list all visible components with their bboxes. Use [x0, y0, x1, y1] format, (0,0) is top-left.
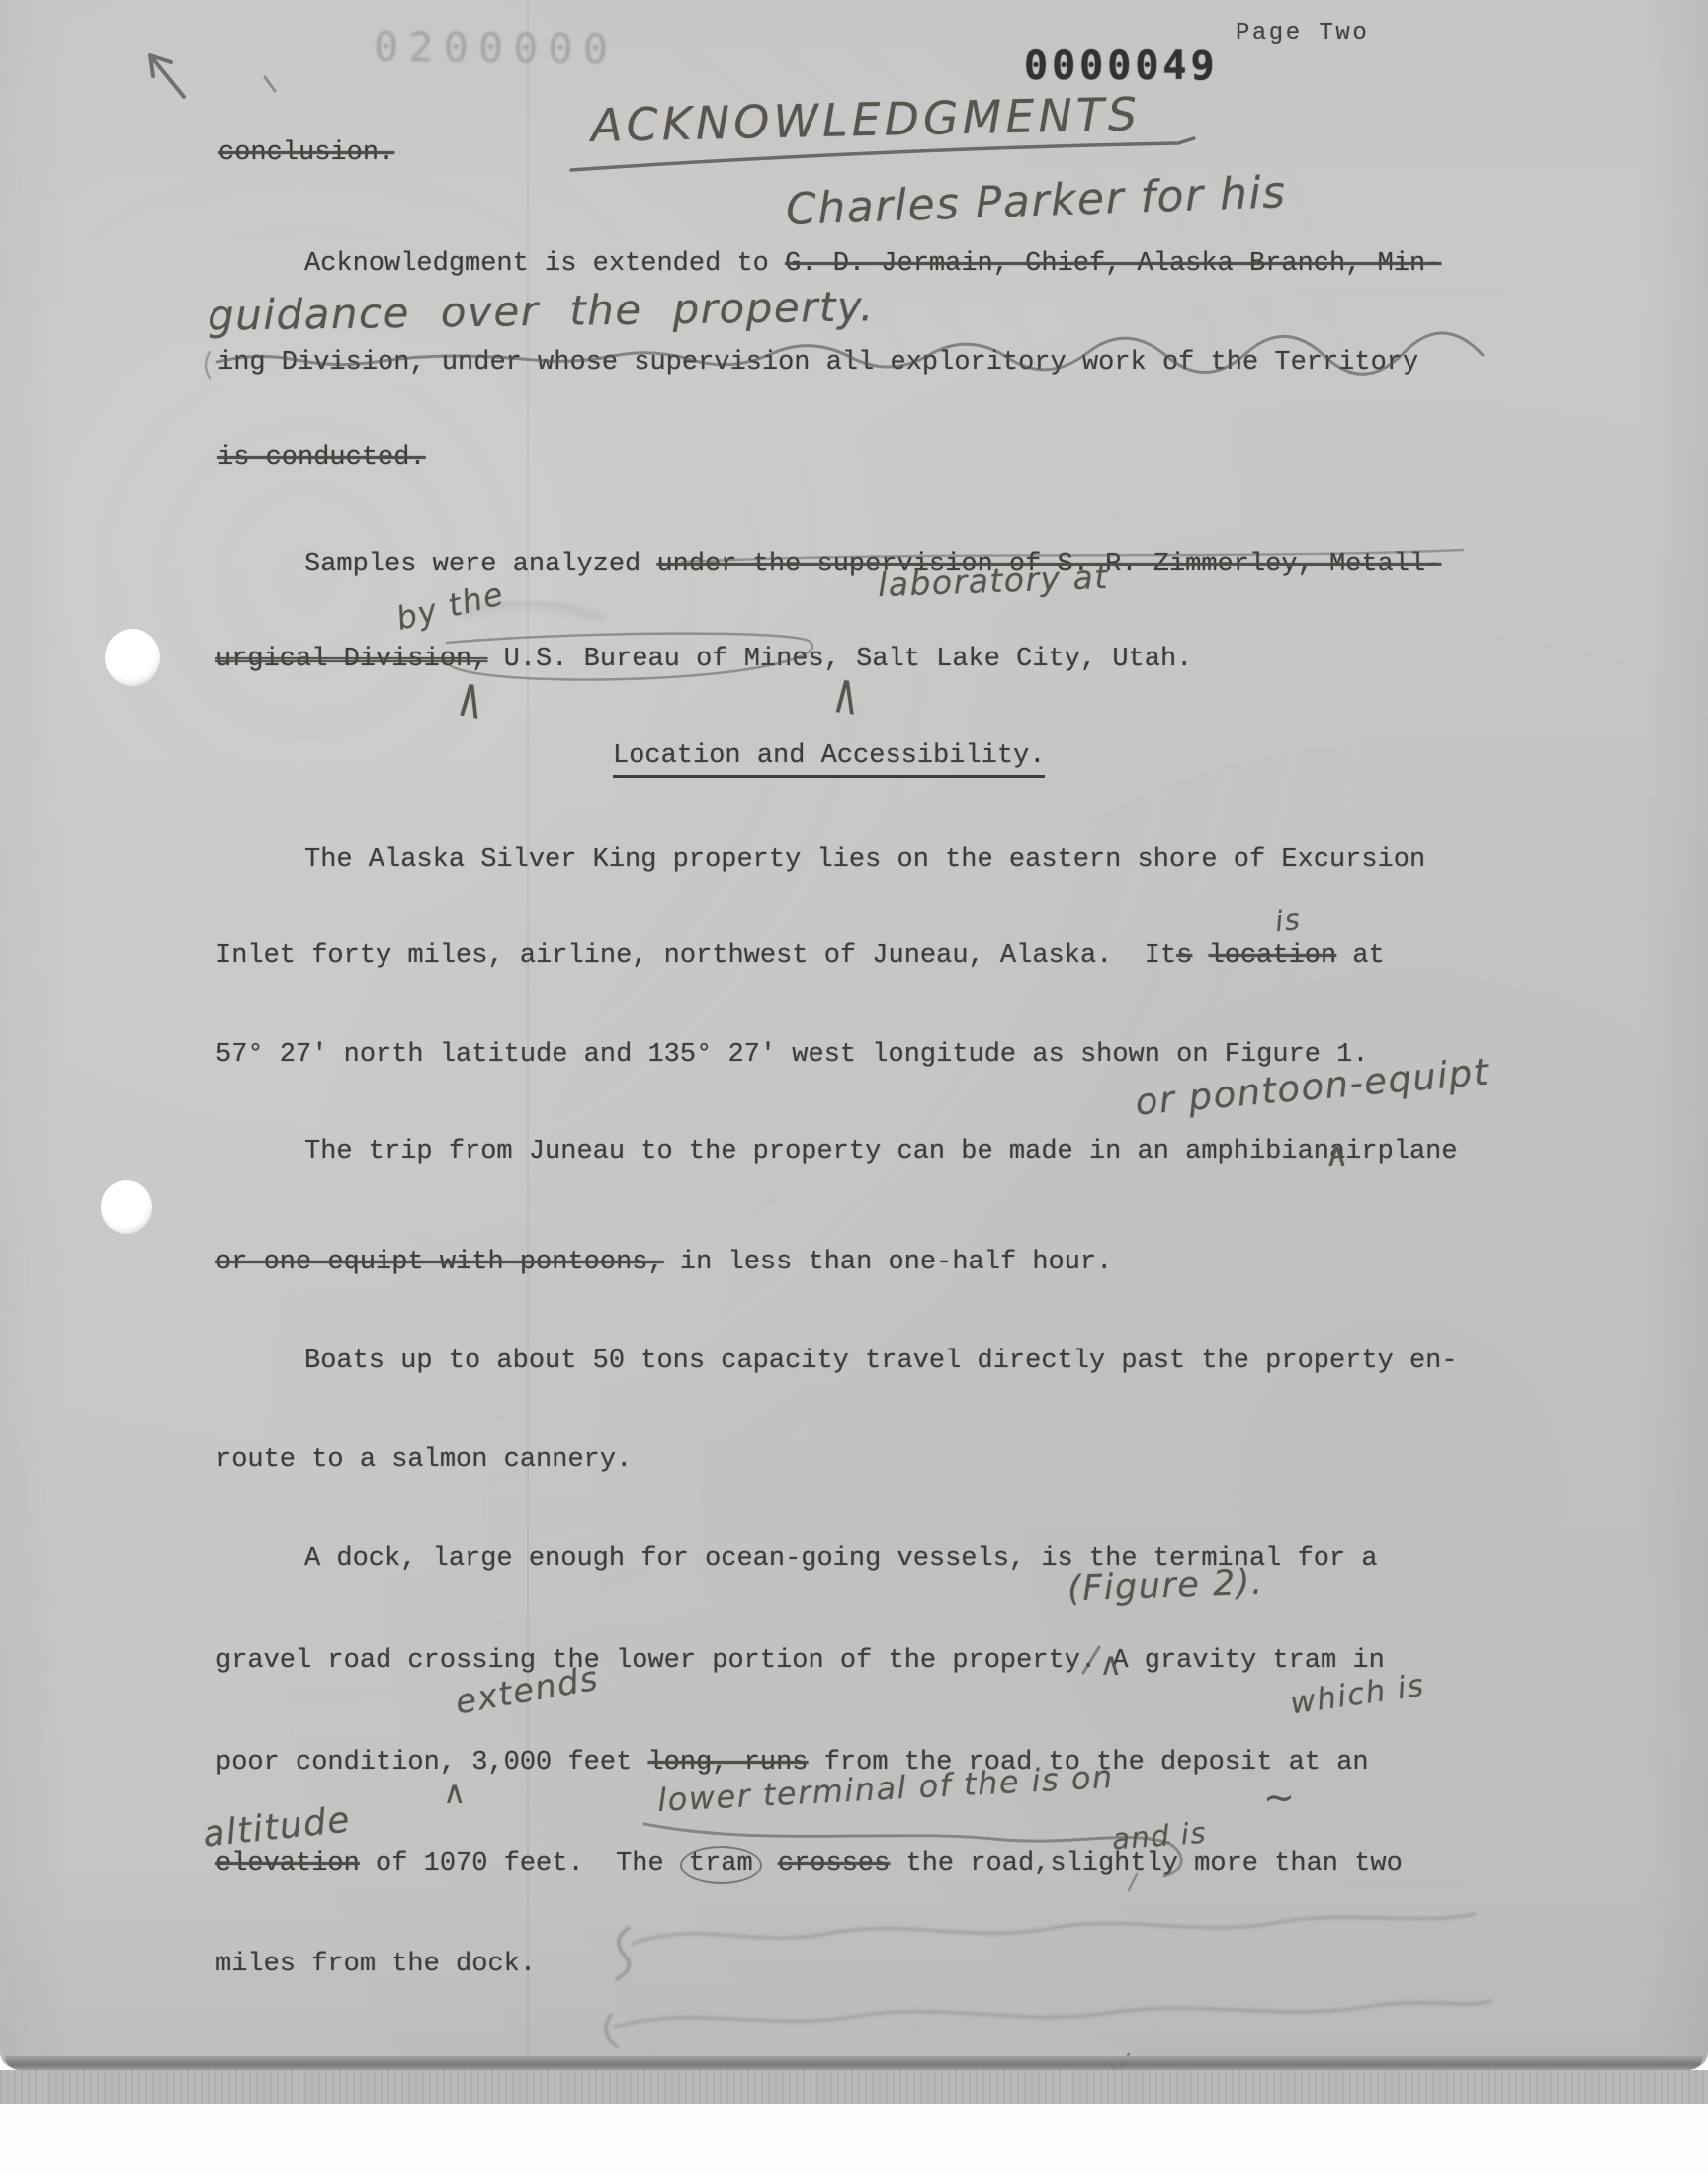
typed-text: The trip from Juneau to the property can… — [304, 1137, 1329, 1167]
typed-line-elevation: elevation of 1070 feet. The tram crosses… — [215, 1849, 1403, 1878]
typed-line-is-conducted: is conducted. — [217, 443, 426, 473]
insertion-caret: ∧ — [443, 1774, 468, 1811]
scanned-document-page: { "page": { "page_label": "Page Two", "s… — [0, 0, 1708, 2175]
paper-bottom-edge — [5, 2056, 1703, 2070]
typed-text — [1192, 941, 1208, 971]
struck-text: G. D. Jermain, Chief, Alaska Branch, Min… — [785, 249, 1441, 279]
insertion-caret: ∧ — [830, 659, 863, 729]
typed-text: Inlet forty miles, airline, northwest of… — [215, 941, 1176, 971]
page-number-label: Page Two — [1236, 20, 1369, 46]
section-heading: Location and Accessibility. — [613, 741, 1045, 771]
handwritten-is: is — [1273, 903, 1303, 939]
handwritten-laboratory-at: laboratory at — [877, 558, 1109, 604]
faint-bleedthrough-stamp: 0200000 — [374, 23, 619, 74]
struck-text: elevation — [215, 1849, 360, 1878]
typed-line-route: route to a salmon cannery. — [215, 1445, 632, 1475]
insertion-caret: ∧ — [1324, 1135, 1350, 1174]
typed-text — [762, 1849, 778, 1878]
typed-line-conclusion: conclusion. — [218, 138, 394, 168]
typed-line-gravel: gravel road crossing the lower portion o… — [215, 1646, 1385, 1676]
punch-hole-bottom — [101, 1180, 152, 1234]
typed-line-trip: The trip from Juneau to the property can… — [304, 1137, 1458, 1167]
typed-line-inlet: Inlet forty miles, airline, northwest of… — [215, 941, 1385, 971]
struck-text: crosses — [778, 1849, 890, 1878]
typed-line-boats: Boats up to about 50 tons capacity trave… — [304, 1347, 1458, 1376]
struck-text: urgical Division, — [215, 645, 487, 674]
typed-text: gravel road crossing the lower portion o… — [215, 1646, 1096, 1676]
typed-line-ing-division: ing Division, under whose supervision al… — [217, 348, 1418, 378]
typed-text: The Alaska Silver King property lies on … — [304, 845, 1425, 875]
typed-line-samples: Samples were analyzed under the supervis… — [304, 550, 1441, 579]
struck-text: long, runs — [647, 1748, 808, 1778]
serial-number-stamp: 0000049 — [1024, 43, 1219, 89]
typed-text: 57° 27' north latitude and 135° 27' west… — [215, 1040, 1369, 1070]
handwritten-figure-2: (Figure 2). — [1067, 1563, 1264, 1609]
circled-word-tram: tram — [680, 1846, 762, 1884]
typed-line-latitude: 57° 27' north latitude and 135° 27' west… — [215, 1040, 1369, 1070]
typed-text: ing Division, under whose supervision al… — [217, 348, 1418, 378]
typed-line-alaska: The Alaska Silver King property lies on … — [304, 845, 1425, 875]
insertion-tilde: ~ — [1263, 1776, 1296, 1819]
typed-text: Acknowledgment is extended to — [304, 249, 785, 279]
handwritten-and-is: and is — [1111, 1816, 1208, 1857]
struck-text: conclusion. — [218, 138, 394, 168]
typed-line-poor-condition: poor condition, 3,000 feet long, runs fr… — [215, 1748, 1369, 1778]
typed-text: Samples were analyzed — [304, 550, 656, 579]
insertion-caret: ∧ — [1099, 1645, 1124, 1683]
scan-white-strip — [0, 2104, 1708, 2175]
struck-text: is conducted. — [217, 443, 426, 473]
typed-line-acknowledgment: Acknowledgment is extended to G. D. Jerm… — [304, 249, 1441, 279]
handwritten-guidance: guidance over the property. — [208, 282, 875, 339]
typed-text: poor condition, 3,000 feet — [215, 1748, 647, 1778]
insertion-caret: ∧ — [454, 663, 487, 734]
typed-text: in less than one-half hour. — [664, 1248, 1113, 1277]
typed-text: of 1070 feet. The — [360, 1849, 680, 1878]
typed-line-pontoons: or one equipt with pontoons, in less tha… — [215, 1248, 1112, 1277]
typed-text: at — [1336, 941, 1385, 971]
typed-text: miles from the dock. — [215, 1950, 536, 1979]
typed-text: A gravity tram in — [1096, 1646, 1385, 1676]
heading-text: Location and Accessibility. — [613, 741, 1045, 778]
typed-line-bureau: urgical Division, U.S. Bureau of Mines, … — [215, 645, 1192, 674]
typed-text: Boats up to about 50 tons capacity trave… — [304, 1347, 1458, 1376]
struck-text: location — [1209, 941, 1337, 971]
scanner-background-band — [0, 2070, 1708, 2104]
punch-hole-top — [105, 629, 160, 686]
struck-text: s — [1176, 941, 1192, 971]
typed-text: route to a salmon cannery. — [215, 1445, 632, 1475]
typed-line-miles: miles from the dock. — [215, 1950, 536, 1979]
struck-text: or one equipt with pontoons, — [215, 1248, 664, 1277]
